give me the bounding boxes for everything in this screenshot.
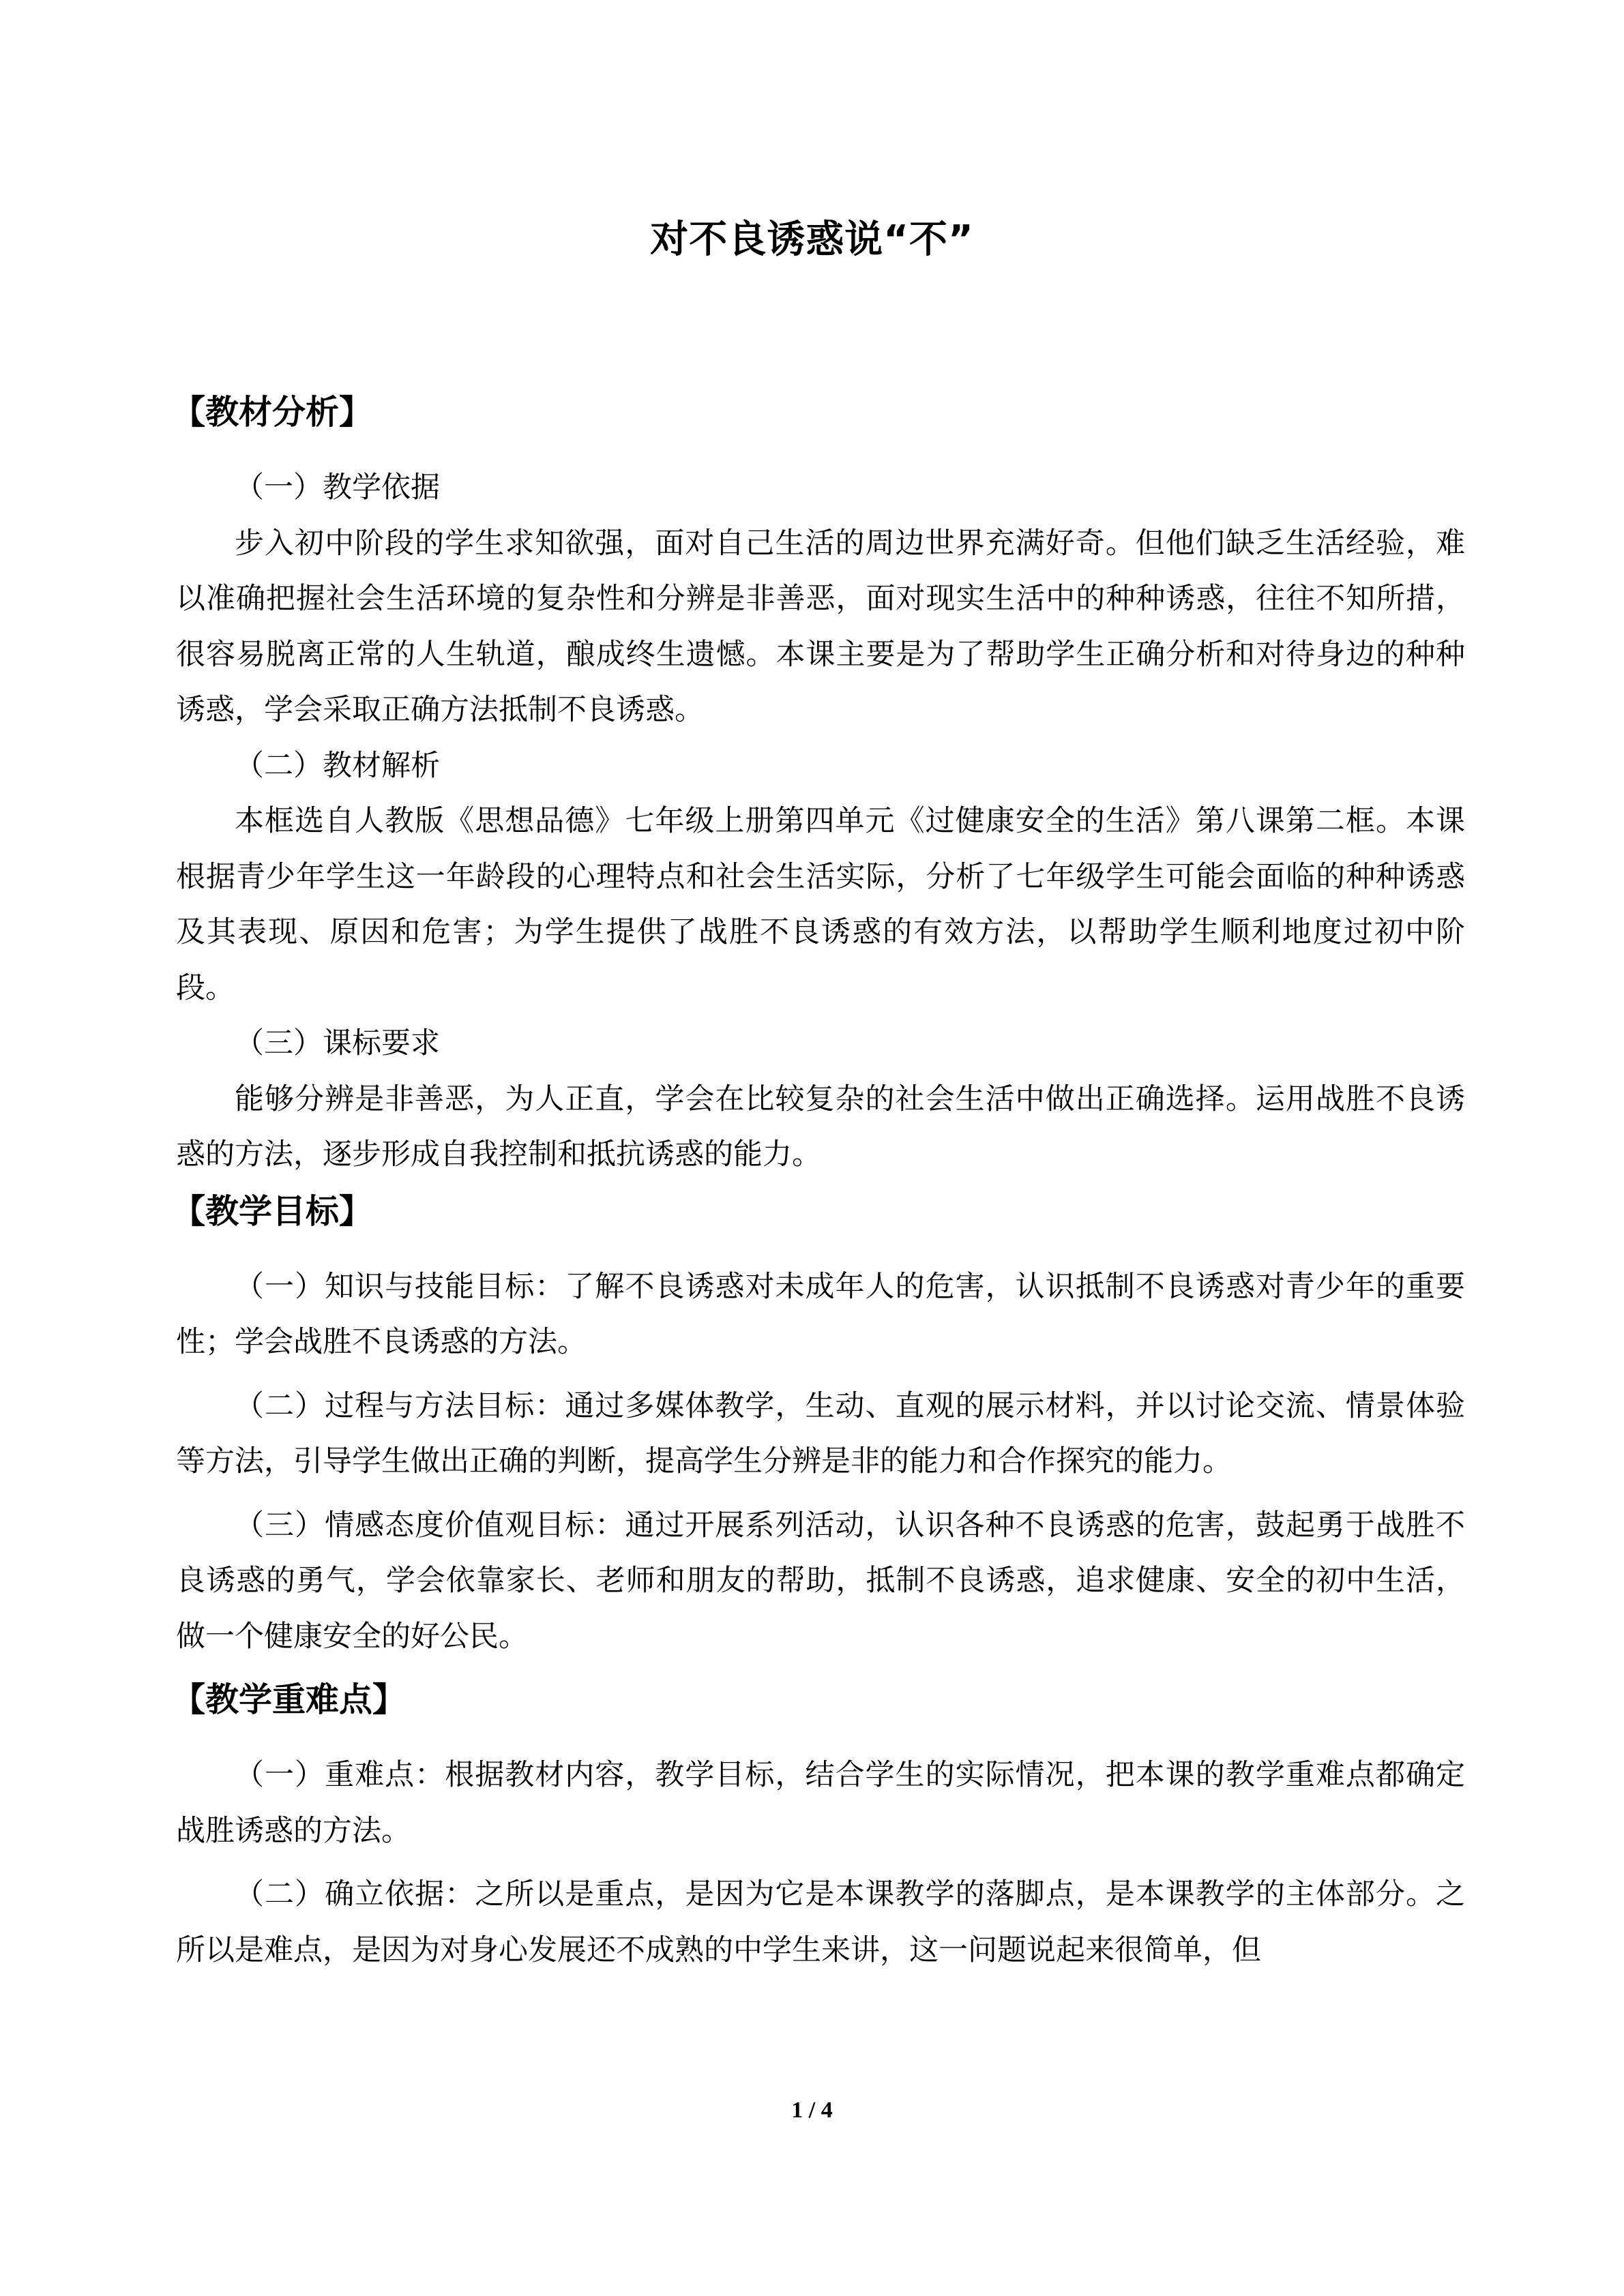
key-point-paragraph: （二）确立依据：之所以是重点，是因为它是本课教学的落脚点，是本课教学的主体部分。… <box>176 1867 1465 1978</box>
objective-paragraph: （一）知识与技能目标：了解不良诱惑对未成年人的危害，认识抵制不良诱惑对青少年的重… <box>176 1259 1465 1371</box>
section-heading: 【教学重难点】 <box>172 1673 1465 1727</box>
key-point-paragraph: （一）重难点：根据教材内容，教学目标，结合学生的实际情况，把本课的教学重难点都确… <box>176 1748 1465 1859</box>
document-title: 对不良诱惑说“不” <box>0 213 1624 267</box>
section-key-difficulties: 【教学重难点】 （一）重难点：根据教材内容，教学目标，结合学生的实际情况，把本课… <box>176 1673 1465 1978</box>
document-page: 对不良诱惑说“不” 【教材分析】 （一）教学依据 步入初中阶段的学生求知欲强，面… <box>0 0 1624 2296</box>
section-teaching-objectives: 【教学目标】 （一）知识与技能目标：了解不良诱惑对未成年人的危害，认识抵制不良诱… <box>176 1184 1465 1665</box>
section-textbook-analysis: 【教材分析】 （一）教学依据 步入初中阶段的学生求知欲强，面对自己生活的周边世界… <box>176 385 1465 1183</box>
subsection-label: （三）课标要求 <box>176 1016 1465 1072</box>
subsection-text: 能够分辨是非善恶，为人正直，学会在比较复杂的社会生活中做出正确选择。运用战胜不良… <box>176 1072 1465 1183</box>
page-number: 1 / 4 <box>0 2097 1624 2124</box>
objective-paragraph: （三）情感态度价值观目标：通过开展系列活动，认识各种不良诱惑的危害，鼓起勇于战胜… <box>176 1498 1465 1665</box>
subsection-text: 本框选自人教版《思想品德》七年级上册第四单元《过健康安全的生活》第八课第二框。本… <box>176 794 1465 1016</box>
document-body: 【教材分析】 （一）教学依据 步入初中阶段的学生求知欲强，面对自己生活的周边世界… <box>176 385 1465 1986</box>
subsection-text: 步入初中阶段的学生求知欲强，面对自己生活的周边世界充满好奇。但他们缺乏生活经验，… <box>176 516 1465 739</box>
subsection-label: （二）教材解析 <box>176 739 1465 794</box>
objective-paragraph: （二）过程与方法目标：通过多媒体教学，生动、直观的展示材料，并以讨论交流、情景体… <box>176 1379 1465 1490</box>
section-heading: 【教学目标】 <box>172 1184 1465 1239</box>
section-heading: 【教材分析】 <box>172 385 1465 440</box>
subsection-label: （一）教学依据 <box>176 460 1465 516</box>
